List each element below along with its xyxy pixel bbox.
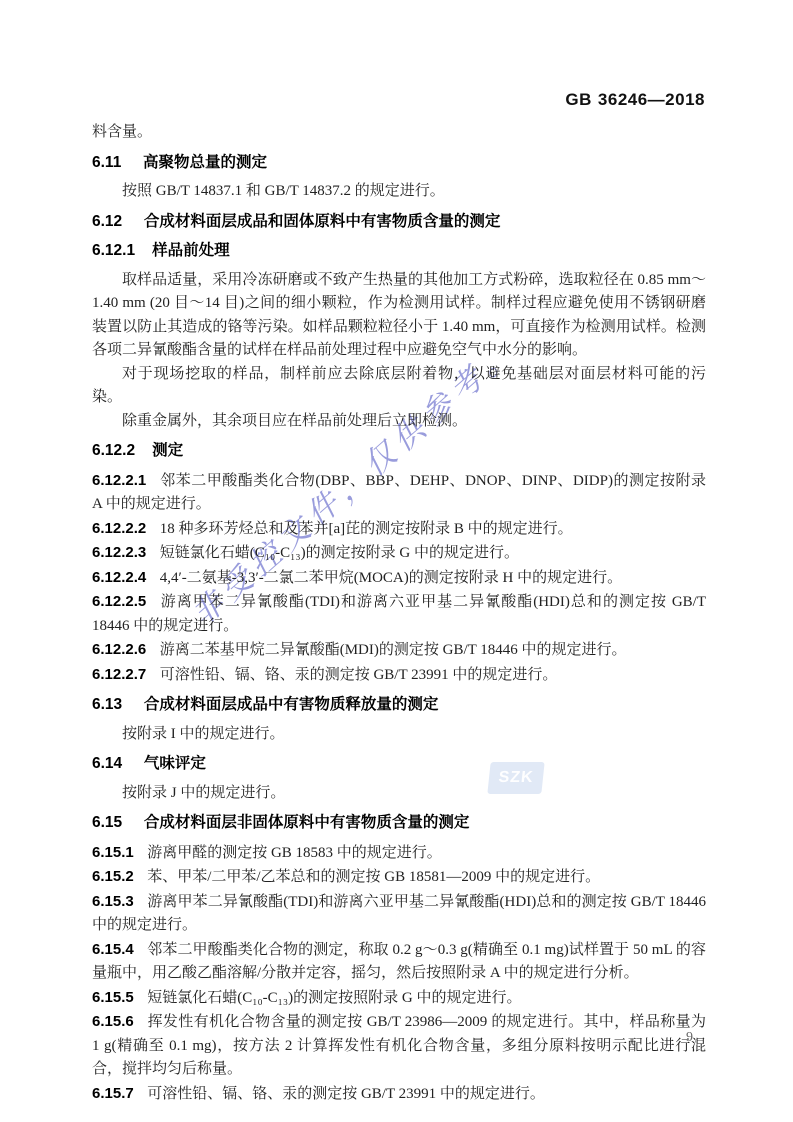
clause: 6.15.1游离甲醛的测定按 GB 18583 中的规定进行。 [92,841,706,866]
clause-number: 6.12.2.1 [92,472,146,489]
clause: 6.12.2.5游离甲苯二异氰酸酯(TDI)和游离六亚甲基二异氰酸酯(HDI)总… [92,590,706,638]
section-number: 6.12.2 [92,442,135,459]
clause: 6.15.4邻苯二甲酸酯类化合物的测定，称取 0.2 g～0.3 g(精确至 0… [92,938,706,986]
section-number: 6.14 [92,755,122,772]
paragraph: 取样品适量，采用冷冻研磨或不致产生热量的其他加工方式粉碎，选取粒径在 0.85 … [92,269,706,363]
clause-text: 可溶性铅、镉、铬、汞的测定按 GB/T 23991 中的规定进行。 [147,1086,545,1102]
section-heading: 6.11高聚物总量的测定 [92,151,706,175]
page-number: 9 [686,1030,693,1046]
clause: 6.15.5短链氯化石蜡(C₁₀-C₁₃)的测定按照附录 G 中的规定进行。 [92,986,706,1011]
clause-number: 6.12.2.4 [92,569,146,586]
clause-text: 游离二苯基甲烷二异氰酸酯(MDI)的测定按 GB/T 18446 中的规定进行。 [160,642,627,658]
section-number: 6.12.1 [92,242,135,259]
clause-number: 6.12.2.3 [92,544,146,561]
clause: 6.12.2.6游离二苯基甲烷二异氰酸酯(MDI)的测定按 GB/T 18446… [92,638,706,663]
clause-text: 挥发性有机化合物含量的测定按 GB/T 23986—2009 的规定进行。其中，… [92,1014,706,1077]
section-title: 合成材料面层非固体原料中有害物质含量的测定 [144,814,470,831]
section-title: 合成材料面层成品和固体原料中有害物质含量的测定 [144,213,501,230]
clause-text: 18 种多环芳烃总和及苯并[a]芘的测定按附录 B 中的规定进行。 [160,521,573,537]
section-heading: 6.15合成材料面层非固体原料中有害物质含量的测定 [92,811,706,835]
clause-number: 6.15.4 [92,941,134,958]
section-title: 样品前处理 [152,242,230,259]
clause-number: 6.15.2 [92,868,134,885]
clause-text: 短链氯化石蜡(C₁₀-C₁₃)的测定按附录 G 中的规定进行。 [160,545,519,561]
clause-text: 短链氯化石蜡(C₁₀-C₁₃)的测定按照附录 G 中的规定进行。 [147,990,521,1006]
clause: 6.12.2.7可溶性铅、镉、铬、汞的测定按 GB/T 23991 中的规定进行… [92,663,706,688]
clause-number: 6.15.3 [92,893,134,910]
clause: 6.15.3游离甲苯二异氰酸酯(TDI)和游离六亚甲基二异氰酸酯(HDI)总和的… [92,890,706,938]
clause: 6.15.6挥发性有机化合物含量的测定按 GB/T 23986—2009 的规定… [92,1010,706,1082]
clause: 6.15.2苯、甲苯/二甲苯/乙苯总和的测定按 GB 18581—2009 中的… [92,865,706,890]
clause-number: 6.12.2.2 [92,520,146,537]
continued-paragraph: 料含量。 [92,121,706,145]
section-heading: 6.12合成材料面层成品和固体原料中有害物质含量的测定 [92,210,706,234]
clause-number: 6.12.2.5 [92,593,146,610]
paragraph: 对于现场挖取的样品，制样前应去除底层附着物，以避免基础层对面层材料可能的污染。 [92,363,706,410]
section-number: 6.12 [92,213,122,230]
clause-text: 游离甲苯二异氰酸酯(TDI)和游离六亚甲基二异氰酸酯(HDI)总和的测定按 GB… [92,894,706,934]
section-title: 气味评定 [144,755,206,772]
paragraph: 除重金属外，其余项目应在样品前处理后立即检测。 [92,410,706,434]
document-page: GB36246—2018 非受控文件，仅供参考。 SZK 料含量。6.11高聚物… [0,0,793,1122]
paragraph: 按附录 J 中的规定进行。 [92,782,706,806]
clause-number: 6.15.5 [92,989,134,1006]
standard-code-number: 36246—2018 [598,90,705,109]
clause: 6.12.2.1邻苯二甲酸酯类化合物(DBP、BBP、DEHP、DNOP、DIN… [92,469,706,517]
clause-number: 6.15.6 [92,1013,134,1030]
clause: 6.15.7可溶性铅、镉、铬、汞的测定按 GB/T 23991 中的规定进行。 [92,1082,706,1107]
clause: 6.12.2.3短链氯化石蜡(C₁₀-C₁₃)的测定按附录 G 中的规定进行。 [92,541,706,566]
clause-text: 游离甲醛的测定按 GB 18583 中的规定进行。 [147,845,442,861]
clause-text: 苯、甲苯/二甲苯/乙苯总和的测定按 GB 18581—2009 中的规定进行。 [147,869,600,885]
section-title: 合成材料面层成品中有害物质释放量的测定 [144,696,439,713]
subsection-heading: 6.12.1样品前处理 [92,239,706,263]
section-number: 6.11 [92,154,121,171]
section-number: 6.15 [92,814,122,831]
paragraph: 按照 GB/T 14837.1 和 GB/T 14837.2 的规定进行。 [92,180,706,204]
section-heading: 6.13合成材料面层成品中有害物质释放量的测定 [92,693,706,717]
section-title: 测定 [152,442,183,459]
clause-number: 6.12.2.7 [92,666,146,683]
clause-text: 游离甲苯二异氰酸酯(TDI)和游离六亚甲基二异氰酸酯(HDI)总和的测定按 GB… [92,594,706,634]
clause-text: 邻苯二甲酸酯类化合物的测定，称取 0.2 g～0.3 g(精确至 0.1 mg)… [92,942,706,982]
clause: 6.12.2.44,4′-二氨基-3,3′-二氯二苯甲烷(MOCA)的测定按附录… [92,566,706,591]
paragraph: 按附录 I 中的规定进行。 [92,723,706,747]
document-content: 料含量。6.11高聚物总量的测定按照 GB/T 14837.1 和 GB/T 1… [92,121,706,1106]
clause-number: 6.12.2.6 [92,641,146,658]
clause-text: 4,4′-二氨基-3,3′-二氯二苯甲烷(MOCA)的测定按附录 H 中的规定进… [160,570,622,586]
subsection-heading: 6.12.2测定 [92,439,706,463]
section-number: 6.13 [92,696,122,713]
clause-number: 6.15.7 [92,1085,134,1102]
section-title: 高聚物总量的测定 [143,154,267,171]
standard-code-prefix: GB [565,90,592,109]
clause: 6.12.2.218 种多环芳烃总和及苯并[a]芘的测定按附录 B 中的规定进行… [92,517,706,542]
standard-code: GB36246—2018 [565,90,705,110]
clause-text: 可溶性铅、镉、铬、汞的测定按 GB/T 23991 中的规定进行。 [160,667,558,683]
clause-number: 6.15.1 [92,844,134,861]
section-heading: 6.14气味评定 [92,752,706,776]
clause-text: 邻苯二甲酸酯类化合物(DBP、BBP、DEHP、DNOP、DINP、DIDP)的… [92,473,706,513]
